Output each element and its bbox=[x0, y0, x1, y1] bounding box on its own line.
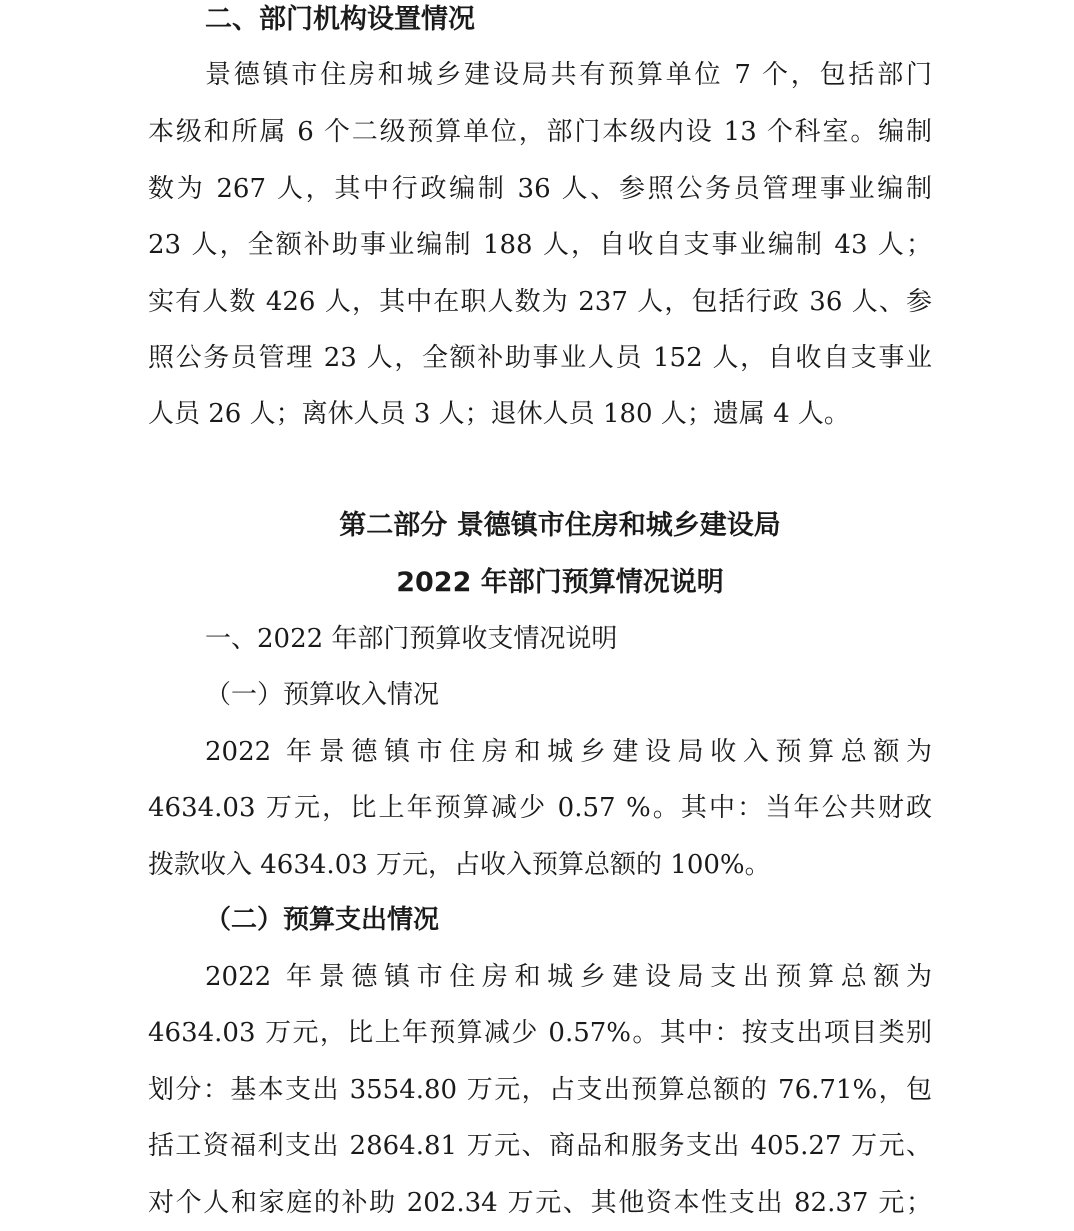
paragraph-line: 人员 26 人；离休人员 3 人；退休人员 180 人；遗属 4 人。 bbox=[148, 397, 932, 431]
section-heading-org-structure: 二、部门机构设置情况 bbox=[205, 2, 475, 38]
paragraph-line: 划分：基本支出 3554.80 万元，占支出预算总额的 76.71%，包 bbox=[148, 1073, 932, 1107]
paragraph-line: 4634.03 万元，比上年预算减少 0.57 %。其中：当年公共财政 bbox=[148, 791, 932, 825]
paragraph-line: 本级和所属 6 个二级预算单位，部门本级内设 13 个科室。编制 bbox=[148, 115, 932, 149]
paragraph-line: 2022 年景德镇市住房和城乡建设局收入预算总额为 bbox=[205, 735, 932, 769]
document-page: 二、部门机构设置情况 景德镇市住房和城乡建设局共有预算单位 7 个，包括部门 本… bbox=[0, 0, 1074, 1231]
paragraph-line: 照公务员管理 23 人，全额补助事业人员 152 人，自收自支事业 bbox=[148, 341, 932, 375]
subheading-expense: （二）预算支出情况 bbox=[205, 903, 439, 937]
paragraph-line: 实有人数 426 人，其中在职人数为 237 人，包括行政 36 人、参 bbox=[148, 285, 932, 319]
subheading-income: （一）预算收入情况 bbox=[205, 678, 439, 712]
paragraph-line: 括工资福利支出 2864.81 万元、商品和服务支出 405.27 万元、 bbox=[148, 1129, 932, 1163]
part-two-title: 第二部分 景德镇市住房和城乡建设局 bbox=[0, 508, 1074, 544]
paragraph-line: 景德镇市住房和城乡建设局共有预算单位 7 个，包括部门 bbox=[205, 58, 932, 92]
section-heading-budget: 一、2022 年部门预算收支情况说明 bbox=[205, 622, 617, 656]
paragraph-line: 2022 年景德镇市住房和城乡建设局支出预算总额为 bbox=[205, 960, 932, 994]
paragraph-line: 数为 267 人，其中行政编制 36 人、参照公务员管理事业编制 bbox=[148, 172, 932, 206]
paragraph-line: 对个人和家庭的补助 202.34 万元、其他资本性支出 82.37 元； bbox=[148, 1186, 932, 1220]
paragraph-line: 4634.03 万元，比上年预算减少 0.57%。其中：按支出项目类别 bbox=[148, 1016, 932, 1050]
paragraph-line: 23 人，全额补助事业编制 188 人，自收自支事业编制 43 人； bbox=[148, 228, 932, 262]
part-two-subtitle: 2022 年部门预算情况说明 bbox=[0, 565, 1074, 601]
paragraph-line: 拨款收入 4634.03 万元，占收入预算总额的 100%。 bbox=[148, 848, 932, 882]
